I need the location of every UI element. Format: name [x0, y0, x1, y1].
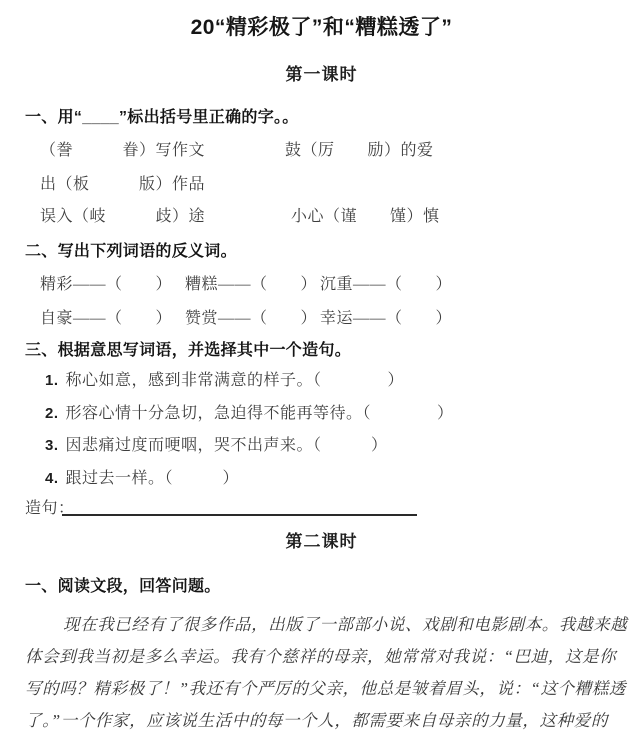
- definition-item: 4.跟过去一样。（ ）: [45, 465, 239, 488]
- section4-heading: 一、阅读文段，回答问题。: [25, 573, 221, 596]
- antonym-pair: 自豪——（ ）: [40, 305, 172, 328]
- item-number: 4.: [45, 470, 59, 487]
- definition-item: 1.称心如意，感到非常满意的样子。（ ）: [45, 367, 404, 390]
- section1-row3-right: 小心（谨 馑）慎: [291, 203, 440, 226]
- session-2-heading: 第二课时: [0, 527, 643, 552]
- section1-row1-left: （誊 眷）写作文: [40, 137, 205, 160]
- paragraph-line: 写的吗？精彩极了！”我还有个严厉的父亲，他总是皱着眉头，说：“这个糟糕透: [25, 675, 626, 699]
- item-number: 2.: [45, 405, 59, 422]
- sentence-blank-line: [62, 496, 417, 516]
- paragraph-line: 体会到我当初是多么幸运。我有个慈祥的母亲，她常常对我说：“巴迪，这是你: [25, 643, 616, 667]
- item-number: 3.: [45, 437, 59, 454]
- item-text: 因悲痛过度而哽咽，哭不出声来。（ ）: [66, 437, 388, 454]
- item-text: 形容心情十分急切，急迫得不能再等待。（ ）: [66, 405, 454, 422]
- antonym-pair: 幸运——（ ）: [320, 305, 452, 328]
- item-text: 跟过去一样。（ ）: [66, 470, 240, 487]
- paragraph-line: 了。”一个作家，应该说生活中的每一个人，都需要来自母亲的力量，这种爱的: [25, 707, 608, 731]
- antonym-pair: 沉重——（ ）: [320, 271, 452, 294]
- page-title: 20“精彩极了”和“糟糕透了”: [0, 11, 643, 41]
- definition-item: 2.形容心情十分急切，急迫得不能再等待。（ ）: [45, 400, 454, 423]
- section3-heading: 三、根据意思写词语，并选择其中一个造句。: [25, 337, 351, 360]
- antonym-pair: 精彩——（ ）: [40, 271, 172, 294]
- definition-item: 3.因悲痛过度而哽咽，哭不出声来。（ ）: [45, 432, 388, 455]
- section1-heading: 一、用“____”标出括号里正确的字。。: [25, 104, 299, 127]
- antonym-pair: 糟糕——（ ）: [185, 271, 317, 294]
- section1-row2-left: 出（板 版）作品: [40, 171, 205, 194]
- section2-heading: 二、写出下列词语的反义词。: [25, 238, 237, 261]
- antonym-pair: 赞赏——（ ）: [185, 305, 317, 328]
- item-text: 称心如意，感到非常满意的样子。（ ）: [66, 372, 405, 389]
- section1-row1-right: 鼓（厉 励）的爱: [285, 137, 434, 160]
- session-1-heading: 第一课时: [0, 60, 643, 85]
- section1-row3-left: 误入（岐 歧）途: [40, 203, 205, 226]
- worksheet-page: 20“精彩极了”和“糟糕透了” 第一课时 一、用“____”标出括号里正确的字。…: [0, 0, 643, 737]
- item-number: 1.: [45, 372, 59, 389]
- paragraph-line: 现在我已经有了很多作品，出版了一部部小说、戏剧和电影剧本。我越来越: [63, 611, 627, 635]
